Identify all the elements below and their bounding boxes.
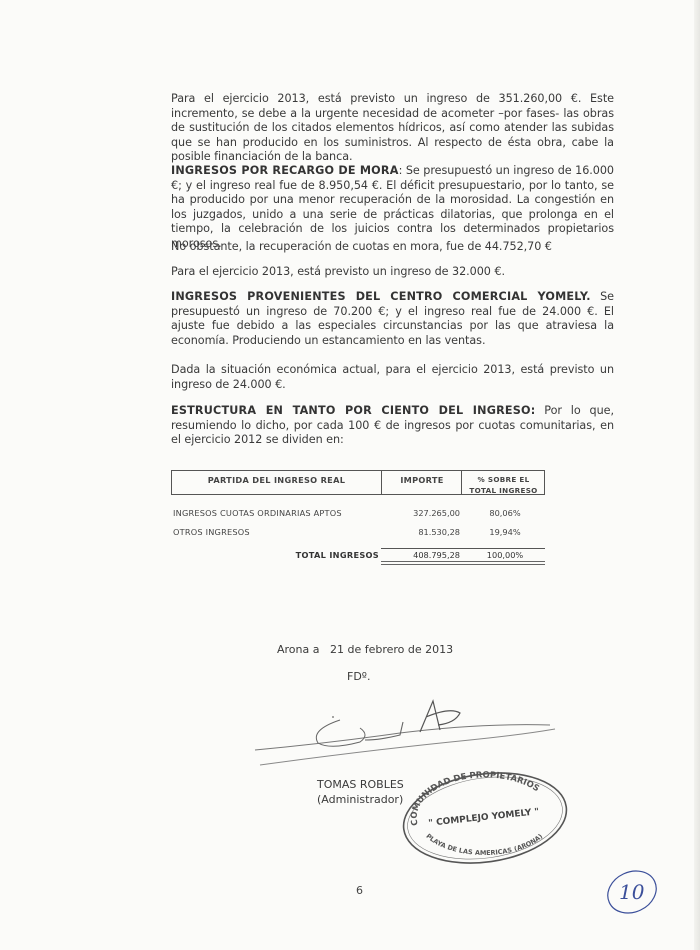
paragraph-text: Dada la situación económica actual, para… xyxy=(171,363,614,392)
row-porcentaje: 19,94% xyxy=(465,527,545,537)
community-stamp: COMUNIDAD DE PROPIETARIOS " COMPLEJO YOM… xyxy=(400,770,570,865)
paragraph-text: No obstante, la recuperación de cuotas e… xyxy=(171,240,614,255)
section-heading-centro-comercial: INGRESOS PROVENIENTES DEL CENTRO COMERCI… xyxy=(171,290,591,303)
fdo-label: FDº. xyxy=(347,670,370,683)
paragraph-previsto-mora-2013: Para el ejercicio 2013, está previsto un… xyxy=(171,265,614,280)
handwritten-signature xyxy=(250,695,570,770)
row-porcentaje: 80,06% xyxy=(465,508,545,518)
total-double-rule xyxy=(381,561,545,565)
place-and-date: Arona a 21 de febrero de 2013 xyxy=(277,643,453,656)
stamp-center-text: " COMPLEJO YOMELY " xyxy=(428,807,540,829)
page-number: 6 xyxy=(356,884,363,897)
total-label: TOTAL INGRESOS xyxy=(296,550,379,560)
header-partida: PARTIDA DEL INGRESO REAL xyxy=(172,471,382,494)
row-importe: 327.265,00 xyxy=(413,508,460,518)
paragraph-centro-comercial: INGRESOS PROVENIENTES DEL CENTRO COMERCI… xyxy=(171,290,614,348)
table-row: OTROS INGRESOS 81.530,28 19,94% xyxy=(171,527,545,541)
section-heading-estructura: ESTRUCTURA EN TANTO POR CIENTO DEL INGRE… xyxy=(171,404,535,417)
paragraph-text: Para el ejercicio 2013, está previsto un… xyxy=(171,265,614,280)
header-porcentaje: % SOBRE EL TOTAL INGRESO xyxy=(463,471,544,494)
paragraph-ingresos-2013: Para el ejercicio 2013, está previsto un… xyxy=(171,92,614,165)
stamp-bottom-text: PLAYA DE LAS AMERICAS (ARONA) xyxy=(424,832,544,857)
paragraph-estructura-porcentaje: ESTRUCTURA EN TANTO POR CIENTO DEL INGRE… xyxy=(171,404,614,448)
signer-block: TOMAS ROBLES (Administrador) xyxy=(317,777,404,807)
header-importe: IMPORTE xyxy=(383,471,462,494)
total-importe: 408.795,28 xyxy=(413,550,460,560)
svg-text:PLAYA DE LAS AMERICAS (ARONA): PLAYA DE LAS AMERICAS (ARONA) xyxy=(424,832,544,857)
handwritten-page-count: 10 xyxy=(604,866,660,916)
paragraph-text: Para el ejercicio 2013, está previsto un… xyxy=(171,92,614,165)
table-row: INGRESOS CUOTAS ORDINARIAS APTOS 327.265… xyxy=(171,508,545,522)
signer-role: (Administrador) xyxy=(317,792,404,807)
signer-name: TOMAS ROBLES xyxy=(317,777,404,792)
row-importe: 81.530,28 xyxy=(418,527,460,537)
table-header: PARTIDA DEL INGRESO REAL IMPORTE % SOBRE… xyxy=(171,470,545,495)
section-heading-recargo-mora: INGRESOS POR RECARGO DE MORA xyxy=(171,164,399,177)
total-porcentaje: 100,00% xyxy=(465,550,545,560)
handwritten-number: 10 xyxy=(619,880,645,904)
paragraph-situacion-economica: Dada la situación económica actual, para… xyxy=(171,363,614,392)
page-edge-shadow xyxy=(694,0,700,950)
paragraph-recargo-mora: INGRESOS POR RECARGO DE MORA: Se presupu… xyxy=(171,164,614,251)
total-rule-top xyxy=(381,548,545,549)
row-partida: INGRESOS CUOTAS ORDINARIAS APTOS xyxy=(173,508,342,518)
row-partida: OTROS INGRESOS xyxy=(173,527,250,537)
paragraph-recuperacion-cuotas: No obstante, la recuperación de cuotas e… xyxy=(171,240,614,255)
